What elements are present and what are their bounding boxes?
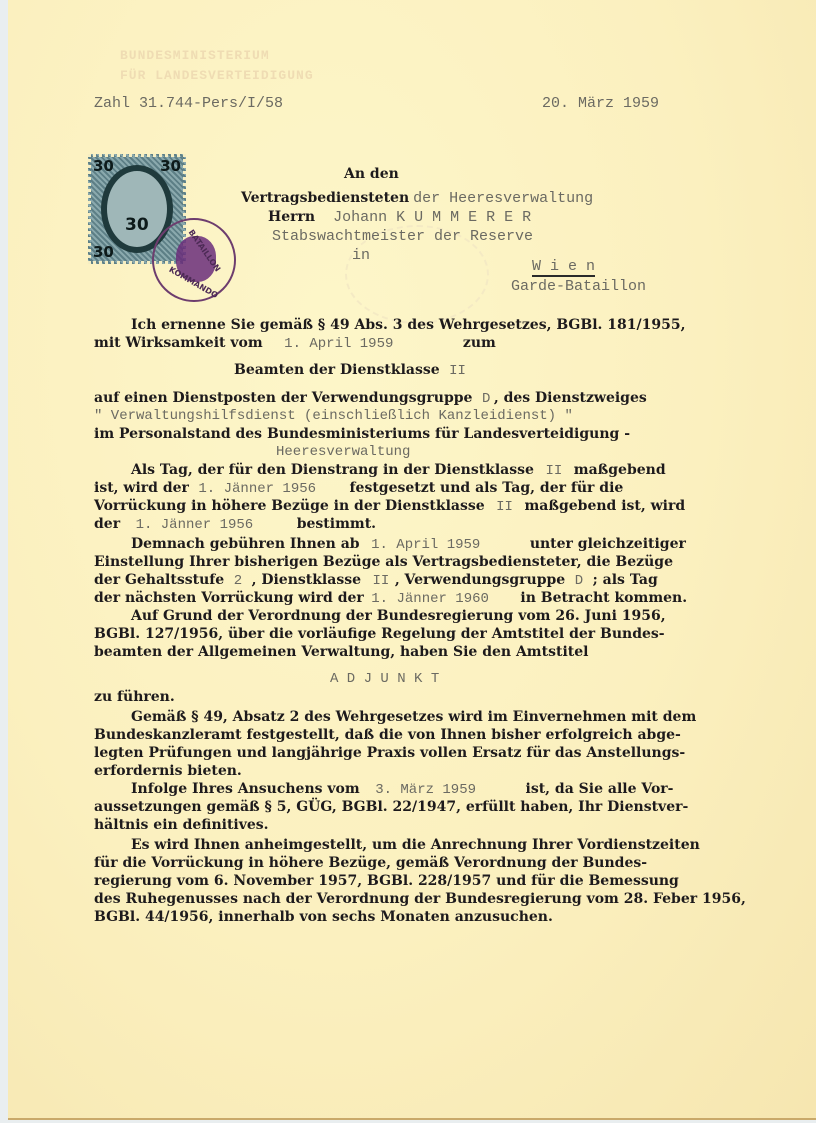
- text: , Dienstklasse: [252, 572, 361, 588]
- paragraph-line: aussetzungen gemäß § 5, GÜG, BGBl. 22/19…: [94, 798, 688, 817]
- address-administration: der Heeresverwaltung: [413, 190, 593, 207]
- paragraph-line: Demnach gebühren Ihnen ab 1. April 1959 …: [131, 535, 686, 555]
- reference-number: Zahl 31.744-Pers/I/58: [94, 95, 283, 112]
- letterhead-stamp: BUNDESMINISTERIUM FÜR LANDESVERTEIDIGUNG: [120, 46, 314, 86]
- salary-step: 2: [234, 573, 242, 589]
- text: zum: [463, 335, 496, 351]
- text: auf einen Dienstposten der Verwendungsgr…: [94, 390, 472, 406]
- text: maßgebend: [574, 462, 666, 478]
- recipient-rank: Stabswachtmeister der Reserve: [272, 228, 533, 245]
- paragraph-line: des Ruhegenusses nach der Verordnung der…: [94, 890, 746, 909]
- recipient-city: W i e n: [532, 258, 595, 277]
- text: Als Tag, der für den Dienstrang in der D…: [131, 462, 534, 478]
- paragraph-line: beamten der Allgemeinen Verwaltung, habe…: [94, 643, 588, 662]
- paragraph-line: hältnis ein definitives.: [94, 816, 269, 835]
- letterhead-line: FÜR LANDESVERTEIDIGUNG: [120, 66, 314, 86]
- paragraph-line: Gemäß § 49, Absatz 2 des Wehrgesetzes wi…: [131, 708, 696, 727]
- paragraph-line: der nächsten Vorrückung wird der 1. Jänn…: [94, 589, 687, 609]
- paragraph-line: Auf Grund der Verordnung der Bundesregie…: [131, 607, 666, 626]
- paragraph-line: regierung vom 6. November 1957, BGBl. 22…: [94, 872, 679, 891]
- rank-date: 1. Jänner 1956: [198, 481, 316, 497]
- service-class: II: [545, 463, 562, 479]
- text: der nächsten Vorrückung wird der: [94, 590, 364, 606]
- stamp-value: 30: [93, 157, 114, 175]
- text: , Verwendungsgruppe: [395, 572, 565, 588]
- paragraph-line: Ich ernenne Sie gemäß § 49 Abs. 3 des We…: [131, 316, 685, 335]
- paragraph-line: erfordernis bieten.: [94, 762, 242, 781]
- paragraph-line: für die Vorrückung in höhere Bezüge, gem…: [94, 854, 647, 873]
- text: maßgebend ist, wird: [524, 498, 685, 514]
- stamp-value: 30: [93, 243, 114, 261]
- paragraph-line: im Personalstand des Bundesministeriums …: [94, 425, 630, 444]
- paragraph-line: Es wird Ihnen anheimgestellt, um die Anr…: [131, 836, 700, 855]
- salutation: Herrn: [268, 209, 315, 225]
- text: bestimmt.: [297, 516, 376, 532]
- text: Vorrückung in höhere Bezüge in der Diens…: [94, 498, 485, 514]
- address-name-line: Herrn Johann K U M M E R E R: [268, 208, 531, 226]
- official-title: A D J U N K T: [330, 670, 439, 689]
- text: ist, da Sie alle Vor-: [526, 781, 674, 797]
- advancement-date: 1. Jänner 1956: [136, 517, 254, 533]
- appointment-title: Beamten der Dienstklasse II: [234, 361, 466, 381]
- service-branch: " Verwaltungshilfsdienst (einschließlich…: [94, 407, 573, 426]
- paragraph-line: ist, wird der 1. Jänner 1956 festgesetzt…: [94, 479, 623, 499]
- paragraph-line: Vorrückung in höhere Bezüge in der Diens…: [94, 497, 685, 517]
- stamp-value: 30: [125, 215, 149, 235]
- usage-group: D: [575, 573, 583, 589]
- salary-date: 1. April 1959: [371, 537, 480, 553]
- service-class: II: [449, 363, 466, 379]
- paragraph-line: Als Tag, der für den Dienstrang in der D…: [131, 461, 666, 481]
- stamp-value: 30: [160, 157, 181, 175]
- text: der Gehaltsstufe: [94, 572, 224, 588]
- paragraph-line: legten Prüfungen und langjährige Praxis …: [94, 744, 685, 763]
- text: Beamten der Dienstklasse: [234, 362, 440, 378]
- text: ; als Tag: [593, 572, 658, 588]
- text: der: [94, 516, 120, 532]
- paragraph-line: auf einen Dienstposten der Verwendungsgr…: [94, 389, 647, 409]
- usage-group: D: [482, 391, 490, 407]
- effective-date: 1. April 1959: [284, 336, 393, 352]
- service-class: II: [373, 573, 390, 589]
- paragraph-line: der Gehaltsstufe 2 , Dienstklasse II , V…: [94, 571, 658, 591]
- text: festgesetzt und als Tag, der für die: [350, 480, 624, 496]
- text: Infolge Ihres Ansuchens vom: [131, 781, 360, 797]
- text: , des Dienstzweiges: [494, 390, 647, 406]
- paragraph-line: BGBl. 44/1956, innerhalb von sechs Monat…: [94, 908, 553, 927]
- department: Heeresverwaltung: [276, 443, 410, 462]
- paragraph-line: der 1. Jänner 1956 bestimmt.: [94, 515, 376, 535]
- next-advancement-date: 1. Jänner 1960: [371, 591, 489, 607]
- recipient-name: Johann K U M M E R E R: [333, 209, 531, 226]
- address-line1: Vertragsbediensteten der Heeresverwaltun…: [241, 189, 593, 207]
- paragraph-line: Infolge Ihres Ansuchens vom 3. März 1959…: [131, 780, 673, 800]
- recipient-unit: Garde-Bataillon: [511, 278, 646, 295]
- text: mit Wirksamkeit vom: [94, 335, 263, 351]
- paragraph-line: zu führen.: [94, 688, 175, 707]
- paragraph-line: BGBl. 127/1956, über die vorläufige Rege…: [94, 625, 665, 644]
- paragraph-line: Einstellung Ihrer bisherigen Bezüge als …: [94, 553, 673, 572]
- battalion-seal: BATAILLON KOMMANDO: [152, 218, 236, 302]
- document-date: 20. März 1959: [542, 95, 659, 112]
- text: unter gleichzeitiger: [530, 536, 686, 552]
- paragraph-line: Bundeskanzleramt festgestellt, daß die v…: [94, 726, 681, 745]
- letterhead-line: BUNDESMINISTERIUM: [120, 46, 314, 66]
- text: ist, wird der: [94, 480, 189, 496]
- application-date: 3. März 1959: [375, 782, 476, 798]
- address-in: in: [352, 247, 370, 264]
- paragraph-line: mit Wirksamkeit vom 1. April 1959 zum: [94, 334, 496, 354]
- service-class: II: [496, 499, 513, 515]
- text: Demnach gebühren Ihnen ab: [131, 536, 360, 552]
- address-to: An den: [344, 166, 399, 182]
- address-role: Vertragsbediensteten: [241, 190, 409, 206]
- text: in Betracht kommen.: [520, 590, 687, 606]
